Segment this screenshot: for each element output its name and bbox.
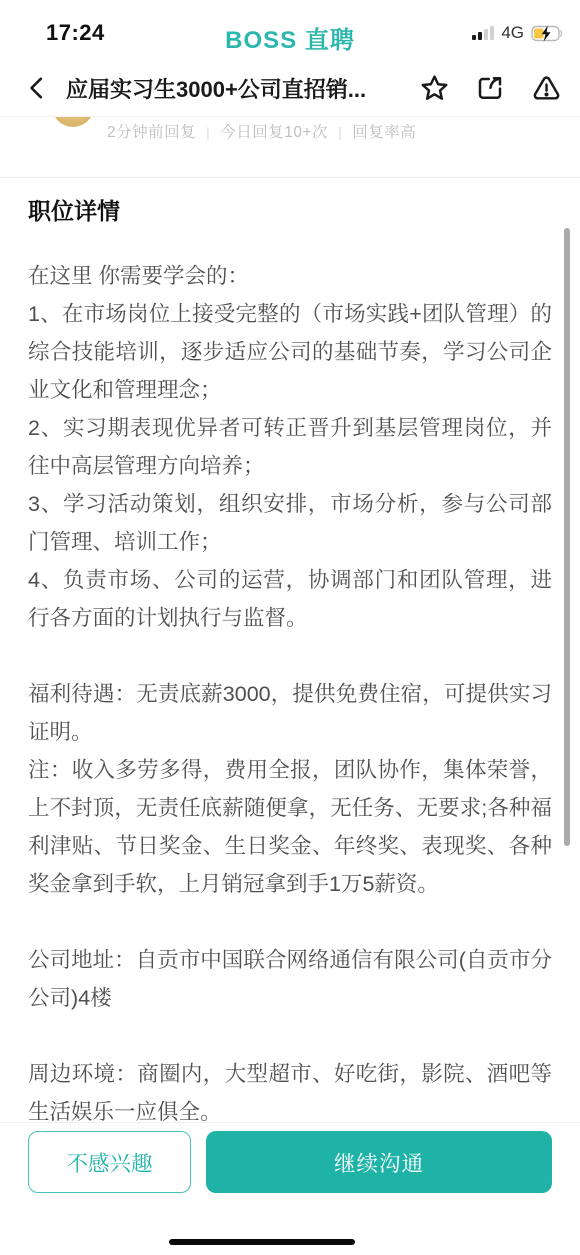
nav-actions [418,72,562,104]
favorite-button[interactable] [418,72,450,104]
job-description-paragraph: 公司地址：自贡市中国联合网络通信有限公司(自贡市分公司)4楼 [28,941,552,1017]
recruiter-avatar[interactable] [52,117,94,127]
nav-bar: 应届实习生3000+公司直招销... [0,60,580,117]
chevron-left-icon [24,75,50,101]
job-details-section: 职位详情 在这里 你需要学会的： 1、在市场岗位上接受完整的（市场实践+团队管理… [0,195,580,1131]
clock: 17:24 [46,20,105,46]
network-type-label: 4G [501,23,524,43]
section-divider [0,177,580,178]
bottom-action-bar: 不感兴趣 继续沟通 [0,1122,580,1255]
share-button[interactable] [474,72,506,104]
last-reply-label: 2分钟前回复 [107,124,196,141]
share-icon [475,73,505,103]
separator: | [196,124,220,140]
continue-chat-button[interactable]: 继续沟通 [206,1131,552,1193]
recruiter-meta-row: 2分钟前回复|今日回复10+次|回复率高 [0,117,580,153]
app-logo: BOSS 直聘 [225,20,355,55]
status-bar: 17:24 BOSS 直聘 4G [0,0,580,60]
job-description-paragraph: 福利待遇：无责底薪3000，提供免费住宿，可提供实习证明。 注：收入多劳多得，费… [28,675,552,903]
job-description-paragraph: 在这里 你需要学会的： 1、在市场岗位上接受完整的（市场实践+团队管理）的综合技… [28,257,552,637]
separator: | [328,124,352,140]
job-description-paragraph: 周边环境：商圈内，大型超市、好吃街，影院、酒吧等生活娱乐一应俱全。 [28,1055,552,1131]
not-interested-button[interactable]: 不感兴趣 [28,1131,191,1193]
battery-charging-icon [531,25,564,42]
section-title: 职位详情 [28,195,552,227]
reply-rate-label: 回复率高 [352,124,416,141]
star-icon [419,73,450,104]
status-indicators: 4G [472,23,564,43]
warning-icon [531,73,562,104]
report-button[interactable] [530,72,562,104]
job-title: 应届实习生3000+公司直招销... [66,73,410,104]
today-replies-label: 今日回复10+次 [220,124,328,141]
cellular-signal-icon [472,26,494,40]
home-indicator[interactable] [169,1239,355,1245]
app-screen: 17:24 BOSS 直聘 4G 应届实习生3000+公司直招销... [0,0,580,1255]
scrollbar-thumb[interactable] [564,228,570,846]
reply-stats: 2分钟前回复|今日回复10+次|回复率高 [107,120,416,142]
back-button[interactable] [20,71,54,105]
